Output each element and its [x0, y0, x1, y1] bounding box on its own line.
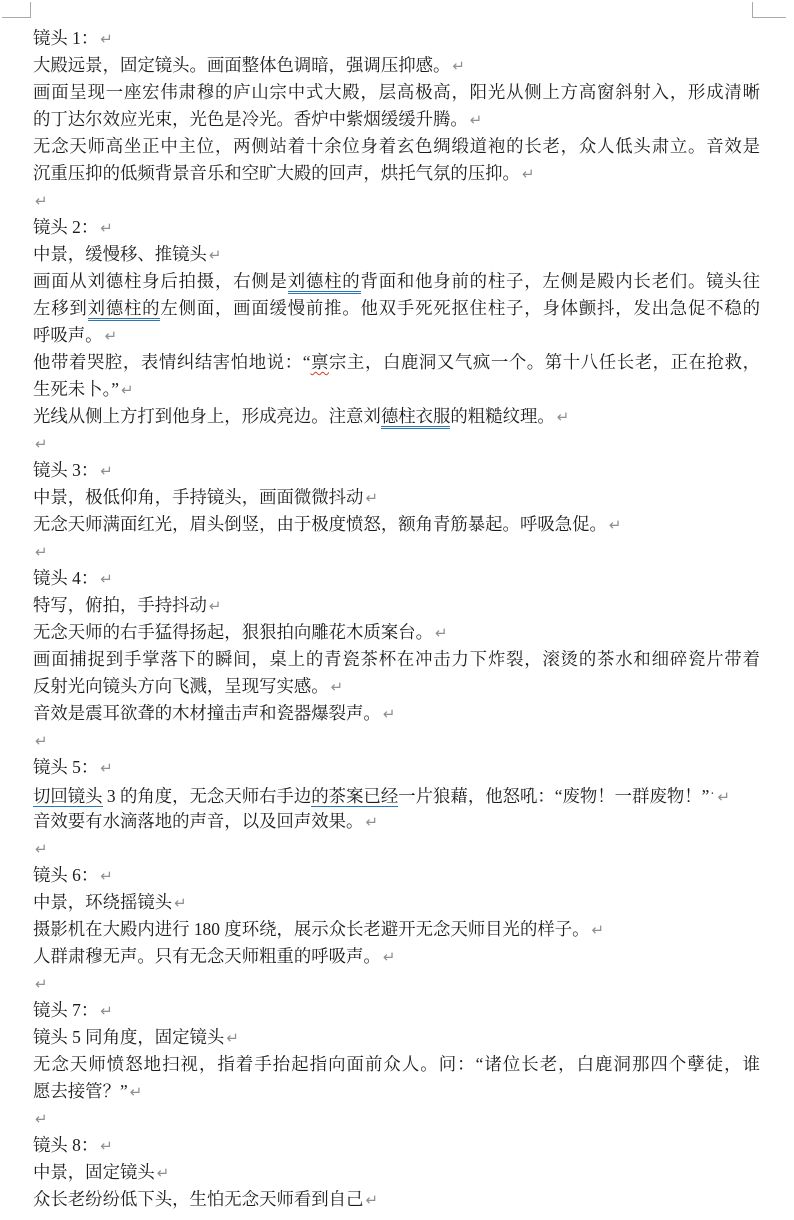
paragraph-mark-icon: ↵: [35, 192, 48, 210]
grammar-check-underlined-text: 德柱衣服: [381, 406, 451, 429]
paragraph-mark-icon: ↵: [209, 597, 222, 615]
text-run: 他带着哭腔，表情纠结害怕地说：“: [33, 352, 310, 372]
text-line: 镜头 5：↵: [33, 754, 760, 781]
text-line: 画面呈现一座宏伟肃穆的庐山宗中式大殿，层高极高，阳光从侧上方高窗斜射入，形成清晰: [33, 79, 760, 106]
text-run: 中景，固定镜头: [33, 1162, 155, 1182]
grammar-check-underlined-text: 切回镜头: [33, 786, 103, 808]
paragraph-mark-icon: ↵: [609, 516, 622, 534]
empty-line: ↵: [33, 835, 760, 862]
text-run: 镜头 4：: [33, 568, 98, 588]
paragraph-mark-icon: ↵: [365, 1191, 378, 1209]
empty-line: ↵: [33, 187, 760, 214]
text-run: 光线从侧上方打到他身上，形成亮边。注意刘: [33, 406, 381, 426]
text-run: 沉重压抑的低频背景音乐和空旷大殿的回声，烘托气氛的压抑。: [33, 163, 520, 183]
text-line: 镜头 5 同角度，固定镜头↵: [33, 1024, 760, 1051]
text-run: 生死未卜。”: [33, 379, 119, 399]
text-run: 的粗糙纹理。: [450, 406, 554, 426]
text-run: 镜头 2：: [33, 217, 98, 237]
paragraph-mark-icon: ↵: [35, 840, 48, 858]
grammar-check-underlined-text: 的茶案已经: [311, 786, 398, 808]
paragraph-mark-icon: ↵: [100, 219, 113, 237]
empty-line: ↵: [33, 430, 760, 457]
text-run: 特写，俯拍，手持抖动: [33, 595, 207, 615]
paragraph-mark-icon: ↵: [383, 705, 396, 723]
text-line: 反射光向镜头方向飞溅，呈现写实感。↵: [33, 673, 760, 700]
paragraph-mark-icon: ↵: [35, 543, 48, 561]
empty-line: ↵: [33, 970, 760, 997]
text-line: 生死未卜。”↵: [33, 376, 760, 403]
text-line: 无念天师高坐正中主位，两侧站着十余位身着玄色绸缎道袍的长老，众人低头肃立。音效是: [33, 133, 760, 160]
paragraph-mark-icon: ↵: [522, 165, 535, 183]
paragraph-mark-icon: ↵: [557, 408, 570, 426]
text-line: 镜头 4：↵: [33, 565, 760, 592]
text-run: 镜头 6：: [33, 865, 98, 885]
paragraph-mark-icon: ↵: [174, 894, 187, 912]
text-run: 大殿远景，固定镜头。画面整体色调暗，强调压抑感。: [33, 55, 450, 75]
text-run: 镜头 5：: [33, 757, 98, 777]
text-line: 大殿远景，固定镜头。画面整体色调暗，强调压抑感。↵: [33, 52, 760, 79]
text-line: 音效要有水滴落地的声音，以及回声效果。↵: [33, 808, 760, 835]
text-run: 一片狼藉，他怒吼：“废物！一群废物！”: [398, 786, 709, 806]
paragraph-mark-icon: ↵: [226, 1029, 239, 1047]
paragraph-mark-icon: ↵: [100, 462, 113, 480]
text-run: 镜头 3：: [33, 460, 98, 480]
text-run: 无念天师满面红光，眉头倒竖，由于极度愤怒，额角青筋暴起。呼吸急促。: [33, 514, 607, 534]
text-run: 镜头 7：: [33, 1000, 98, 1020]
paragraph-mark-icon: ↵: [157, 1164, 170, 1182]
text-line: 的丁达尔效应光束，光色是冷光。香炉中紫烟缓缓升腾。↵: [33, 106, 760, 133]
paragraph-mark-icon: ↵: [100, 570, 113, 588]
paragraph-mark-icon: ↵: [100, 1002, 113, 1020]
text-run: 镜头 1：: [33, 28, 98, 48]
text-run: 背面和他身前的柱子，左侧是殿内长老们。镜头往: [361, 271, 760, 291]
text-run: 画面从刘德柱身后拍摄，右侧是: [33, 271, 288, 291]
text-run: 无念天师高坐正中主位，两侧站着十余位身着玄色绸缎道袍的长老，众人低头肃立。音效是: [33, 136, 760, 156]
text-line: 镜头 8：↵: [33, 1132, 760, 1159]
text-line: 中景，固定镜头↵: [33, 1159, 760, 1186]
text-line: 画面捕捉到手掌落下的瞬间，桌上的青瓷茶杯在冲击力下炸裂，滚烫的茶水和细碎瓷片带着: [33, 646, 760, 673]
text-run: 呼吸声。: [33, 325, 103, 345]
text-line: 左移到刘德柱的左侧面，画面缓慢前推。他双手死死抠住柱子，身体颤抖，发出急促不稳的: [33, 295, 760, 322]
document-page: { "page": { "kind": "word-processor-docu…: [0, 0, 794, 1220]
paragraph-mark-icon: ↵: [331, 678, 344, 696]
text-run: 摄影机在大殿内进行 180 度环绕，展示众长老避开无念天师目光的样子。: [33, 919, 590, 939]
text-boundary-mark-top-left: [2, 2, 31, 18]
document-text-area[interactable]: 镜头 1：↵大殿远景，固定镜头。画面整体色调暗，强调压抑感。↵画面呈现一座宏伟肃…: [33, 25, 760, 1213]
text-line: 镜头 3：↵: [33, 457, 760, 484]
text-run: 人群肃穆无声。只有无念天师粗重的呼吸声。: [33, 946, 381, 966]
paragraph-mark-icon: ↵: [105, 327, 118, 345]
text-line: 无念天师的右手猛得扬起，狠狠拍向雕花木质案台。↵: [33, 619, 760, 646]
text-run: 中景，极低仰角，手持镜头，画面微微抖动: [33, 487, 363, 507]
paragraph-mark-icon: ↵: [35, 1110, 48, 1128]
text-line: 镜头 7：↵: [33, 997, 760, 1024]
text-run: 无念天师的右手猛得扬起，狠狠拍向雕花木质案台。: [33, 622, 433, 642]
text-line: 镜头 1：↵: [33, 25, 760, 52]
spell-check-underlined-text: 禀: [310, 352, 329, 372]
space-mark-icon: ·: [710, 787, 714, 802]
paragraph-mark-icon: ↵: [35, 435, 48, 453]
paragraph-mark-icon: ↵: [383, 948, 396, 966]
text-line: 呼吸声。↵: [33, 322, 760, 349]
text-line: 中景，环绕摇镜头↵: [33, 889, 760, 916]
paragraph-mark-icon: ↵: [209, 246, 222, 264]
paragraph-mark-icon: ↵: [121, 381, 134, 399]
paragraph-mark-icon: ↵: [100, 759, 113, 777]
text-line: 他带着哭腔，表情纠结害怕地说：“禀宗主，白鹿洞又气疯一个。第十八任长老，正在抢救…: [33, 349, 760, 376]
text-run: 镜头 8：: [33, 1135, 98, 1155]
empty-line: ↵: [33, 538, 760, 565]
text-line: 愿去接管？”↵: [33, 1078, 760, 1105]
text-line: 音效是震耳欲聋的木材撞击声和瓷器爆裂声。↵: [33, 700, 760, 727]
paragraph-mark-icon: ↵: [470, 111, 483, 129]
paragraph-mark-icon: ↵: [435, 624, 448, 642]
text-run: 中景，环绕摇镜头: [33, 892, 172, 912]
paragraph-mark-icon: ↵: [365, 813, 378, 831]
text-line: 镜头 6：↵: [33, 862, 760, 889]
text-run: 中景，缓慢移、推镜头: [33, 244, 207, 264]
text-run: 画面呈现一座宏伟肃穆的庐山宗中式大殿，层高极高，阳光从侧上方高窗斜射入，形成清晰: [33, 82, 760, 102]
text-run: 音效是震耳欲聋的木材撞击声和瓷器爆裂声。: [33, 703, 381, 723]
text-run: 众长老纷纷低下头，生怕无念天师看到自己: [33, 1189, 363, 1209]
text-run: 镜头 5 同角度，固定镜头: [33, 1027, 224, 1047]
paragraph-mark-icon: ↵: [452, 57, 465, 75]
empty-line: ↵: [33, 727, 760, 754]
empty-line: ↵: [33, 1105, 760, 1132]
text-line: 镜头 2：↵: [33, 214, 760, 241]
paragraph-mark-icon: ↵: [35, 975, 48, 993]
text-run: 画面捕捉到手掌落下的瞬间，桌上的青瓷茶杯在冲击力下炸裂，滚烫的茶水和细碎瓷片带着: [33, 649, 760, 669]
text-line: 中景，极低仰角，手持镜头，画面微微抖动↵: [33, 484, 760, 511]
grammar-check-underlined-text: 刘德柱的: [88, 298, 161, 321]
text-line: 画面从刘德柱身后拍摄，右侧是刘德柱的背面和他身前的柱子，左侧是殿内长老们。镜头往: [33, 268, 760, 295]
text-line: 光线从侧上方打到他身上，形成亮边。注意刘德柱衣服的粗糙纹理。↵: [33, 403, 760, 430]
paragraph-mark-icon: ↵: [100, 30, 113, 48]
text-line: 无念天师愤怒地扫视，指着手抬起指向面前众人。问：“诸位长老，白鹿洞那四个孽徒，谁: [33, 1051, 760, 1078]
text-line: 切回镜头 3 的角度，无念天师右手边的茶案已经一片狼藉，他怒吼：“废物！一群废物…: [33, 781, 760, 808]
paragraph-mark-icon: ↵: [100, 1137, 113, 1155]
text-run: 左移到: [33, 298, 88, 318]
paragraph-mark-icon: ↵: [130, 1083, 143, 1101]
paragraph-mark-icon: ↵: [717, 788, 730, 806]
text-run: 3 的角度，无念天师右手边: [103, 786, 312, 806]
text-line: 中景，缓慢移、推镜头↵: [33, 241, 760, 268]
text-run: 无念天师愤怒地扫视，指着手抬起指向面前众人。问：“诸位长老，白鹿洞那四个孽徒，谁: [33, 1054, 760, 1074]
paragraph-mark-icon: ↵: [592, 921, 605, 939]
grammar-check-underlined-text: 刘德柱的: [288, 271, 361, 294]
text-run: 音效要有水滴落地的声音，以及回声效果。: [33, 811, 363, 831]
text-run: 左侧面，画面缓慢前推。他双手死死抠住柱子，身体颤抖，发出急促不稳的: [160, 298, 760, 318]
text-line: 无念天师满面红光，眉头倒竖，由于极度愤怒，额角青筋暴起。呼吸急促。↵: [33, 511, 760, 538]
text-run: 的丁达尔效应光束，光色是冷光。香炉中紫烟缓缓升腾。: [33, 109, 468, 129]
paragraph-mark-icon: ↵: [100, 867, 113, 885]
text-boundary-mark-top-right: [752, 2, 786, 18]
paragraph-mark-icon: ↵: [365, 489, 378, 507]
text-line: 人群肃穆无声。只有无念天师粗重的呼吸声。↵: [33, 943, 760, 970]
text-run: 宗主，白鹿洞又气疯一个。第十八任长老，正在抢救，: [329, 352, 760, 372]
text-line: 众长老纷纷低下头，生怕无念天师看到自己↵: [33, 1186, 760, 1213]
text-line: 沉重压抑的低频背景音乐和空旷大殿的回声，烘托气氛的压抑。↵: [33, 160, 760, 187]
text-run: 反射光向镜头方向飞溅，呈现写实感。: [33, 676, 329, 696]
text-line: 特写，俯拍，手持抖动↵: [33, 592, 760, 619]
text-run: 愿去接管？”: [33, 1081, 128, 1101]
paragraph-mark-icon: ↵: [35, 732, 48, 750]
text-line: 摄影机在大殿内进行 180 度环绕，展示众长老避开无念天师目光的样子。↵: [33, 916, 760, 943]
